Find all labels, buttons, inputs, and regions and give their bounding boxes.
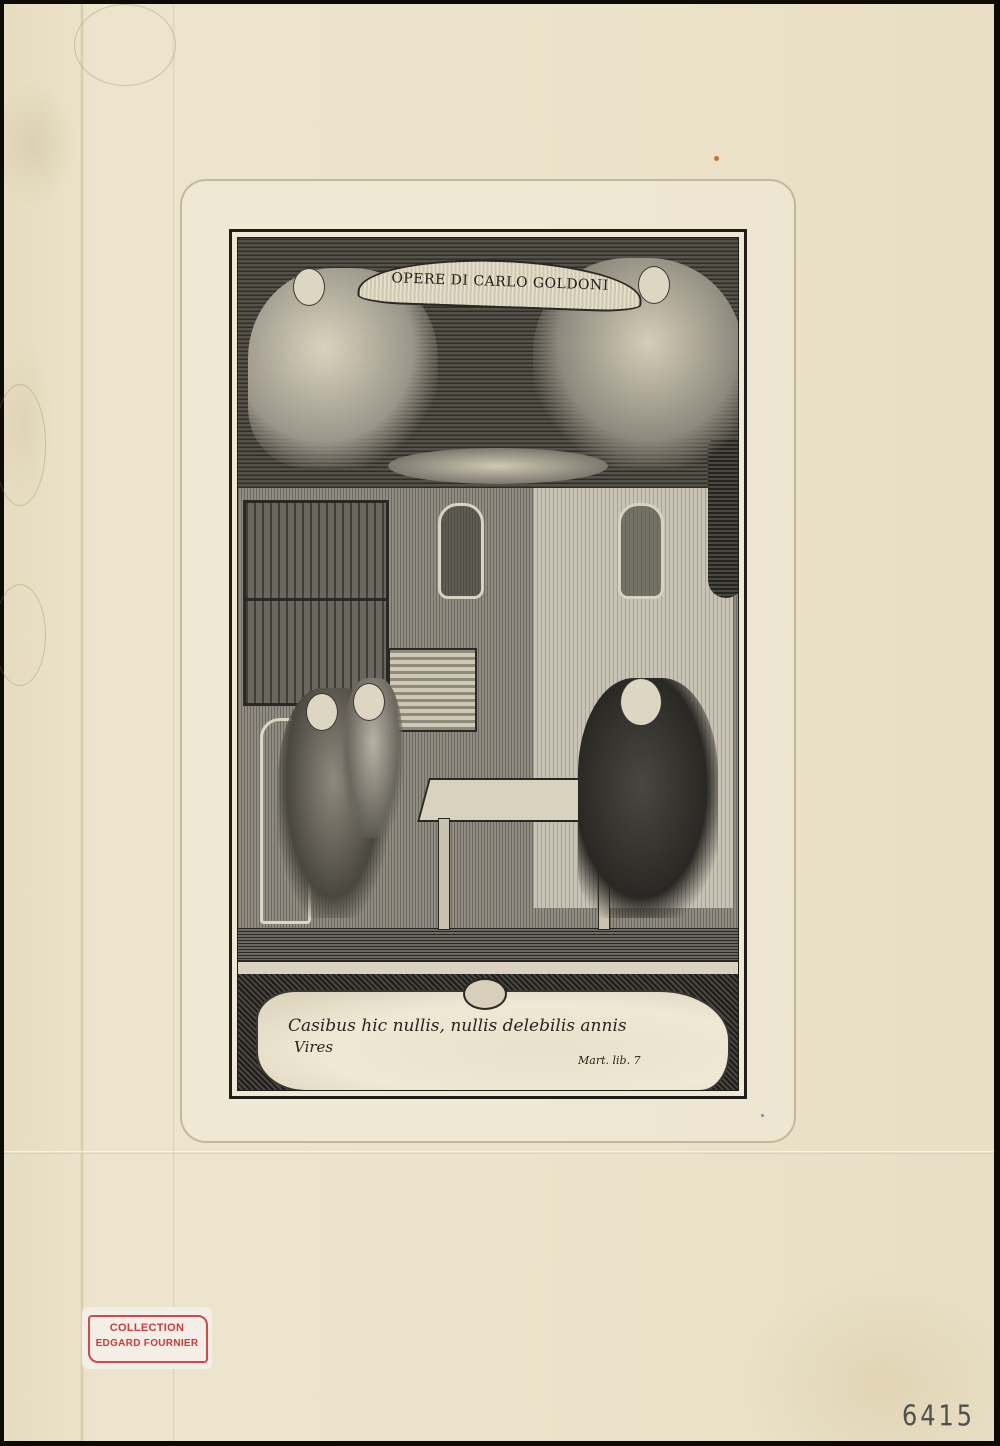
- motto-line-1: Casibus hic nullis, nullis delebilis ann…: [288, 1016, 708, 1036]
- banner-title: OPERE DI CARLO GOLDONI: [360, 269, 640, 295]
- engraving: OPERE DI CARLO GOLDONI Casibus hic nulli…: [237, 237, 739, 1091]
- head: [638, 266, 670, 304]
- stamp-line-1: COLLECTION: [82, 1322, 212, 1334]
- hanging-drapery: [708, 438, 739, 598]
- rocaille-ornament: [388, 448, 608, 484]
- wall-sconce: [618, 503, 664, 599]
- collection-stamp: COLLECTION EDGARD FOURNIER: [82, 1307, 212, 1369]
- head: [293, 268, 325, 306]
- fold-line: [80, 4, 84, 1441]
- head: [306, 693, 338, 731]
- citation: Mart. lib. 7: [578, 1054, 641, 1067]
- motto-line-2: Vires: [294, 1038, 333, 1056]
- water-stain: [0, 384, 46, 506]
- engraving-frame: OPERE DI CARLO GOLDONI Casibus hic nulli…: [229, 229, 747, 1099]
- cartouche-ornament: [463, 978, 507, 1010]
- paper-sheet: OPERE DI CARLO GOLDONI Casibus hic nulli…: [4, 4, 994, 1441]
- table-leg: [438, 818, 450, 930]
- stamp-line-2: EDGARD FOURNIER: [82, 1338, 212, 1349]
- water-stain: [74, 4, 176, 86]
- water-stain: [0, 584, 46, 686]
- window: [243, 500, 389, 706]
- wall-sconce: [438, 503, 484, 599]
- head: [620, 678, 662, 726]
- head: [353, 683, 385, 721]
- horizontal-crease: [4, 1151, 994, 1154]
- inventory-number: 6415: [902, 1399, 975, 1433]
- fold-line-faint: [172, 4, 175, 1441]
- foxing-spot: [714, 156, 719, 161]
